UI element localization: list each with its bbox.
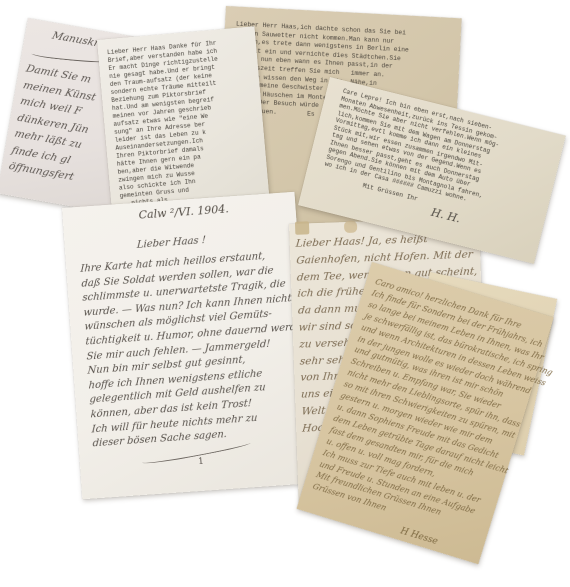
letter-dateline: Calw ²/VI. 1904. — [138, 202, 229, 221]
letter-body-lines: Ihre Karte hat mich heillos erstaunt,daß… — [80, 247, 316, 452]
tape-stain — [344, 221, 357, 233]
letter-body-lines: Care Lepre! Ich bin eben erst,nach siebe… — [324, 88, 504, 208]
letter-salutation: Lieber Haas ! — [136, 234, 206, 253]
letter-calw-1904: Calw ²/VI. 1904. Lieber Haas ! Ihre Kart… — [62, 192, 315, 500]
letter-body-lines: Damit Sie mmeinen Künstmich weil Fdünker… — [8, 61, 100, 187]
page-number: 1 — [198, 457, 204, 467]
letters-photograph: Lieber Herr Haas,ich dachte schon das Si… — [0, 0, 570, 587]
tape-stain — [295, 221, 309, 234]
letter-body-lines: Lieber Herr Haas Danke für IhrBrief,aber… — [107, 40, 230, 209]
letter-typed-piktor: Lieber Herr Haas Danke für IhrBrief,aber… — [97, 26, 270, 217]
handwritten-signature: H. H. — [430, 206, 462, 226]
